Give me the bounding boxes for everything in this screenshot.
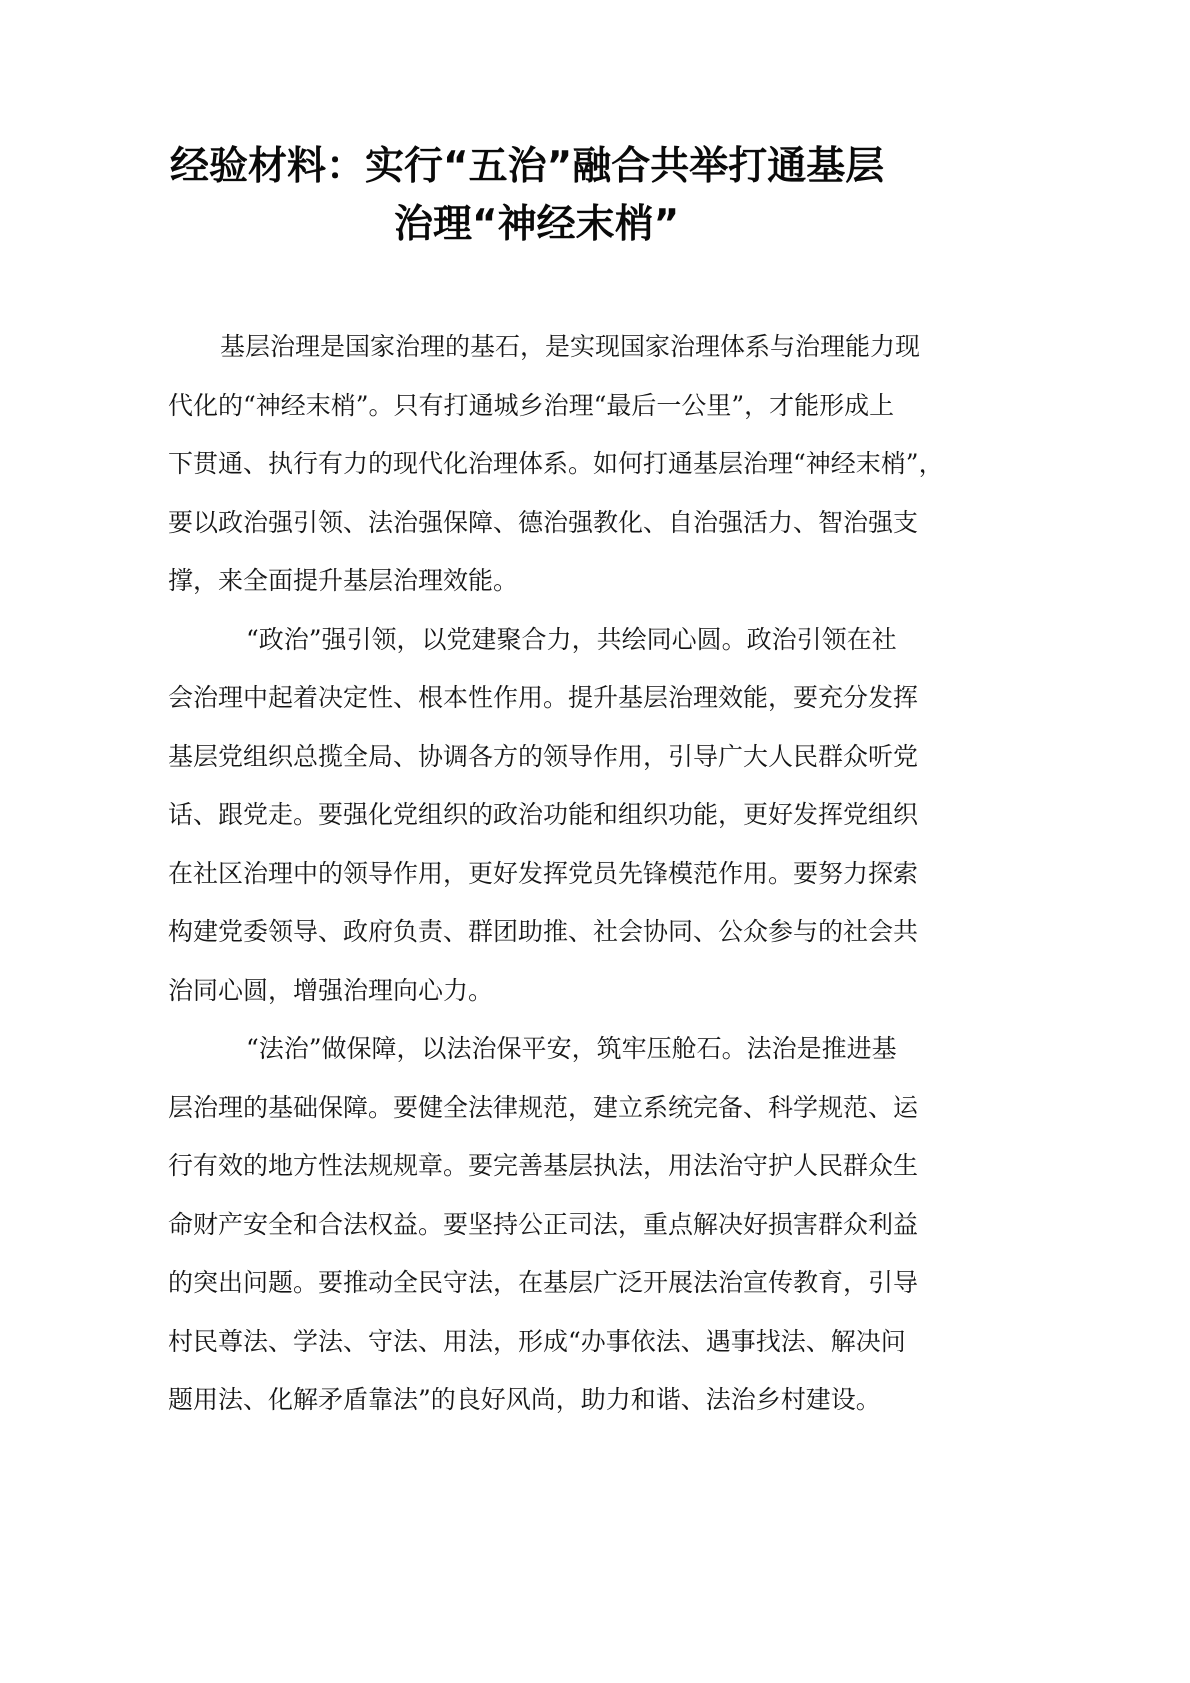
text-line: 在社区治理中的领导作用，更好发挥党员先锋模范作用。要努力探索 bbox=[168, 845, 948, 904]
text-line: 命财产安全和合法权益。要坚持公正司法，重点解决好损害群众利益 bbox=[168, 1196, 948, 1255]
text-line: 的突出问题。要推动全民守法，在基层广泛开展法治宣传教育，引导 bbox=[168, 1254, 948, 1313]
title-line-2: 治理“神经末梢” bbox=[150, 196, 960, 254]
title-line-1: 经验材料：实行“五治”融合共举打通基层 bbox=[150, 138, 960, 196]
text-line: 代化的“神经末梢”。只有打通城乡治理“最后一公里”，才能形成上 bbox=[168, 377, 948, 436]
document-body: 基层治理是国家治理的基石，是实现国家治理体系与治理能力现 代化的“神经末梢”。只… bbox=[168, 318, 948, 1430]
paragraph-intro: 基层治理是国家治理的基石，是实现国家治理体系与治理能力现 代化的“神经末梢”。只… bbox=[168, 318, 948, 611]
text-line: 撑，来全面提升基层治理效能。 bbox=[168, 552, 948, 611]
text-line: 下贯通、执行有力的现代化治理体系。如何打通基层治理“神经末梢”， bbox=[168, 435, 948, 494]
text-line: 话、跟党走。要强化党组织的政治功能和组织功能，更好发挥党组织 bbox=[168, 786, 948, 845]
paragraph-rule-of-law: “法治”做保障，以法治保平安，筑牢压舱石。法治是推进基 层治理的基础保障。要健全… bbox=[168, 1020, 948, 1430]
text-line: 要以政治强引领、法治强保障、德治强教化、自治强活力、智治强支 bbox=[168, 494, 948, 553]
text-line: 基层党组织总揽全局、协调各方的领导作用，引导广大人民群众听党 bbox=[168, 728, 948, 787]
text-line: “政治”强引领，以党建聚合力，共绘同心圆。政治引领在社 bbox=[168, 611, 948, 670]
text-line: 行有效的地方性法规规章。要完善基层执法，用法治守护人民群众生 bbox=[168, 1137, 948, 1196]
text-line: 治同心圆，增强治理向心力。 bbox=[168, 962, 948, 1021]
text-line: 基层治理是国家治理的基石，是实现国家治理体系与治理能力现 bbox=[168, 318, 948, 377]
document-title: 经验材料：实行“五治”融合共举打通基层 治理“神经末梢” bbox=[150, 138, 960, 254]
text-line: 题用法、化解矛盾靠法”的良好风尚，助力和谐、法治乡村建设。 bbox=[168, 1371, 948, 1430]
text-line: 构建党委领导、政府负责、群团助推、社会协同、公众参与的社会共 bbox=[168, 903, 948, 962]
paragraph-politics: “政治”强引领，以党建聚合力，共绘同心圆。政治引领在社 会治理中起着决定性、根本… bbox=[168, 611, 948, 1021]
text-line: 会治理中起着决定性、根本性作用。提升基层治理效能，要充分发挥 bbox=[168, 669, 948, 728]
document-page: 经验材料：实行“五治”融合共举打通基层 治理“神经末梢” 基层治理是国家治理的基… bbox=[0, 0, 1190, 1683]
text-line: 村民尊法、学法、守法、用法，形成“办事依法、遇事找法、解决问 bbox=[168, 1313, 948, 1372]
text-line: “法治”做保障，以法治保平安，筑牢压舱石。法治是推进基 bbox=[168, 1020, 948, 1079]
text-line: 层治理的基础保障。要健全法律规范，建立系统完备、科学规范、运 bbox=[168, 1079, 948, 1138]
